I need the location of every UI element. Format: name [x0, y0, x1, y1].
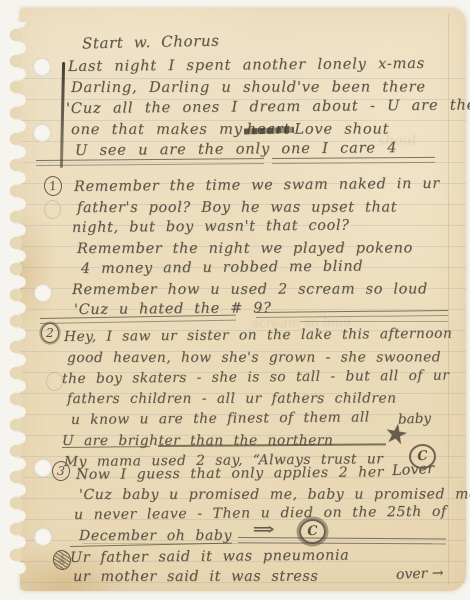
arrow-icon: → [431, 565, 443, 581]
hole-punch [34, 528, 52, 546]
scanned-notebook-page: Start w. Chorus Last night I spent anoth… [0, 0, 470, 600]
divider-line [300, 321, 448, 322]
lyric-line: Ur father said it was pneumonia [70, 547, 349, 568]
lyric-line: Hey, I saw ur sister on the lake this af… [64, 324, 453, 348]
hole-punch [34, 284, 52, 302]
lyric-line: the boy skaters - she is so tall - but a… [62, 365, 453, 389]
lyric-line: 'Cuz all the ones I dream about - U are … [66, 94, 470, 119]
over-note: over → [396, 565, 444, 583]
hole-punch [33, 58, 51, 76]
lyric-fragment: Love shout [294, 120, 389, 137]
verse-1-block: Remember the time we swam naked in ur fa… [74, 177, 440, 321]
lyric-line: Last night I spent another lonely x-mas [68, 52, 470, 77]
lyric-fragment: one that makes my [71, 121, 243, 138]
carryover-word: Lover [392, 461, 435, 479]
strikethrough-word: heart [247, 121, 291, 138]
torn-spiral-notches [13, 22, 28, 574]
erased-circle-mark [46, 372, 63, 391]
lyric-line: night, but boy wasn't that cool? [72, 215, 440, 239]
erased-circle-mark [44, 200, 61, 219]
divider-line [82, 543, 432, 544]
verse-4-block: Ur father said it was pneumonia ur mothe… [70, 549, 349, 587]
divider-line [272, 157, 435, 164]
hole-punch [34, 459, 52, 477]
lyric-line: ur mother said it was stress [73, 568, 349, 587]
chorus-block: Last night I spent another lonely x-mas … [68, 56, 470, 161]
hole-punch [33, 124, 51, 142]
lyric-line: Remember the time we swam naked in ur [74, 174, 440, 198]
verse-2-block: Hey, I saw ur sister on the lake this af… [64, 327, 452, 473]
verse-number-circle: 2 [41, 323, 59, 343]
lyric-line: 4 money and u robbed me blind [81, 256, 440, 280]
page-header-note: Start w. Chorus [82, 32, 220, 53]
